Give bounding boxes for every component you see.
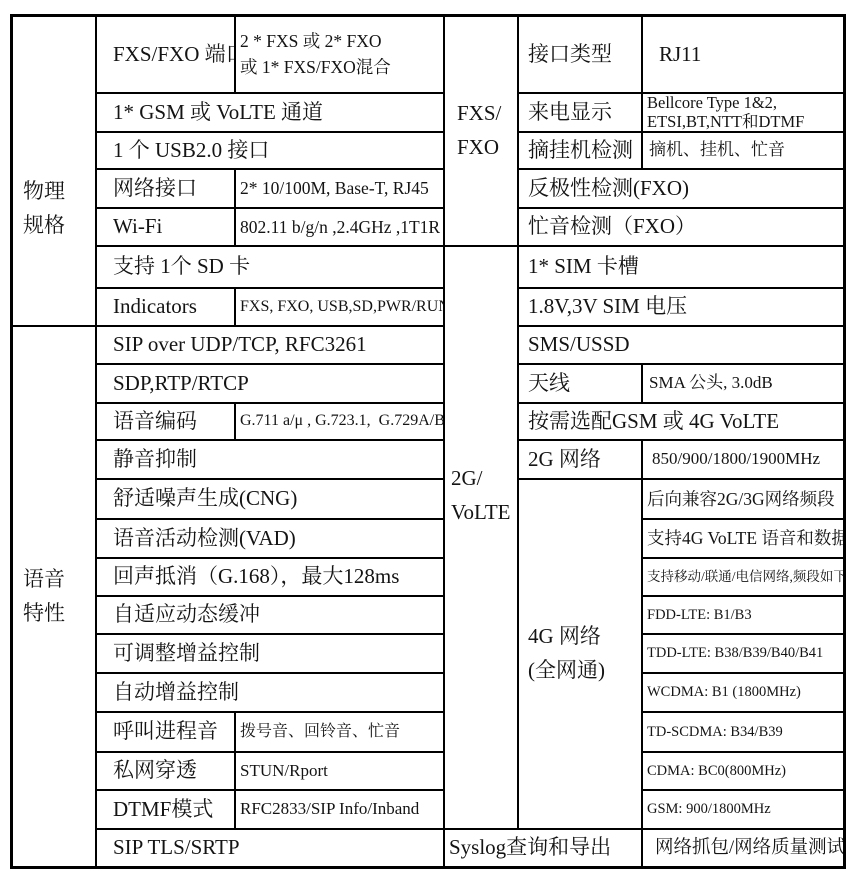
4g-band-carriers-note: 支持移动/联通/电信网络,频段如下: xyxy=(643,559,843,595)
hook-detection-value: 摘机、挂机、忙音 xyxy=(643,133,843,168)
nat-traversal-value: STUN/Rport xyxy=(236,753,443,789)
usb-port-cell: 1 个 USB2.0 接口 xyxy=(97,133,443,168)
indicators-value: FXS, FXO, USB,SD,PWR/RUN xyxy=(236,289,443,325)
wifi-value: 802.11 b/g/n ,2.4GHz ,1T1R xyxy=(236,209,443,245)
sdp-rtp-rtcp-cell: SDP,RTP/RTCP xyxy=(97,365,443,402)
4g-band-volte-support: 支持4G VoLTE 语音和数据 xyxy=(643,520,843,557)
gsm-volte-channel-cell: 1* GSM 或 VoLTE 通道 xyxy=(97,94,443,131)
cng-cell: 舒适噪声生成(CNG) xyxy=(97,480,443,518)
polarity-reversal-cell: 反极性检测(FXO) xyxy=(519,170,843,207)
4g-band-td-scdma: TD-SCDMA: B34/B39 xyxy=(643,713,843,751)
sim-voltage-cell: 1.8V,3V SIM 电压 xyxy=(519,289,843,325)
4g-band-fdd-lte: FDD-LTE: B1/B3 xyxy=(643,597,843,633)
4g-band-cdma: CDMA: BC0(800MHz) xyxy=(643,753,843,789)
section-label-voice-features: 语音 特性 xyxy=(13,327,95,866)
call-progress-tone-value: 拨号音、回铃音、忙音 xyxy=(236,713,443,751)
hook-detection-label: 摘挂机检测 xyxy=(519,133,641,168)
sd-card-cell: 支持 1个 SD 卡 xyxy=(97,247,443,287)
echo-cancellation-cell: 回声抵消（G.168），最大128ms xyxy=(97,559,443,595)
4g-band-gsm: GSM: 900/1800MHz xyxy=(643,791,843,828)
section-label-2g-volte-text: 2G/ VoLTE xyxy=(451,462,511,529)
vad-cell: 语音活动检测(VAD) xyxy=(97,520,443,557)
fxs-fxo-port-label: FXS/FXO 端口 xyxy=(97,17,234,92)
section-label-fxs-fxo: FXS/ FXO xyxy=(445,17,517,245)
adjustable-gain-cell: 可调整增益控制 xyxy=(97,635,443,672)
spec-table: 物理 规格 语音 特性 FXS/FXO 端口 2 * FXS 或 2* FXO … xyxy=(10,14,846,869)
indicators-label: Indicators xyxy=(97,289,234,325)
2g-network-value: 850/900/1800/1900MHz xyxy=(643,441,843,478)
nat-traversal-label: 私网穿透 xyxy=(97,753,234,789)
sip-tls-srtp-cell: SIP TLS/SRTP xyxy=(97,830,443,866)
network-port-label: 网络接口 xyxy=(97,170,234,207)
network-port-value: 2* 10/100M, Base-T, RJ45 xyxy=(236,170,443,207)
4g-network-label: 4G 网络 (全网通) xyxy=(519,480,641,828)
dtmf-mode-label: DTMF模式 xyxy=(97,791,234,828)
caller-id-value: Bellcore Type 1&2, ETSI,BT,NTT和DTMF xyxy=(643,94,843,131)
adaptive-jitter-buffer-cell: 自适应动态缓冲 xyxy=(97,597,443,633)
call-progress-tone-label: 呼叫进程音 xyxy=(97,713,234,751)
4g-band-wcdma: WCDMA: B1 (1800MHz) xyxy=(643,674,843,711)
sms-ussd-cell: SMS/USSD xyxy=(519,327,843,363)
silence-suppression-cell: 静音抑制 xyxy=(97,441,443,478)
fxs-fxo-port-value: 2 * FXS 或 2* FXO 或 1* FXS/FXO混合 xyxy=(236,17,443,92)
syslog-cell: Syslog查询和导出 xyxy=(445,830,641,866)
section-label-2g-volte: 2G/ VoLTE xyxy=(445,247,517,828)
sip-udp-tcp-cell: SIP over UDP/TCP, RFC3261 xyxy=(97,327,443,363)
interface-type-label: 接口类型 xyxy=(519,17,641,92)
antenna-value: SMA 公头, 3.0dB xyxy=(643,365,843,402)
wifi-label: Wi-Fi xyxy=(97,209,234,245)
interface-type-value: RJ11 xyxy=(643,17,843,92)
2g-network-label: 2G 网络 xyxy=(519,441,641,478)
caller-id-label: 来电显示 xyxy=(519,94,641,131)
voice-codec-value: G.711 a/μ , G.723.1, G.729A/B xyxy=(236,404,443,439)
busy-tone-detection-cell: 忙音检测（FXO） xyxy=(519,209,843,245)
section-label-voice-features-text: 语音 特性 xyxy=(23,563,65,630)
dtmf-mode-value: RFC2833/SIP Info/Inband xyxy=(236,791,443,828)
voice-codec-label: 语音编码 xyxy=(97,404,234,439)
4g-band-backward-compat: 后向兼容2G/3G网络频段 xyxy=(643,480,843,518)
section-label-physical-specs-text: 物理 规格 xyxy=(23,175,65,242)
auto-gain-cell: 自动增益控制 xyxy=(97,674,443,711)
antenna-label: 天线 xyxy=(519,365,641,402)
packet-capture-cell: 网络抓包/网络质量测试 xyxy=(643,830,843,866)
4g-band-tdd-lte: TDD-LTE: B38/B39/B40/B41 xyxy=(643,635,843,672)
section-label-physical-specs: 物理 规格 xyxy=(13,17,95,325)
sim-slot-cell: 1* SIM 卡槽 xyxy=(519,247,843,287)
gsm-or-volte-option-cell: 按需选配GSM 或 4G VoLTE xyxy=(519,404,843,439)
